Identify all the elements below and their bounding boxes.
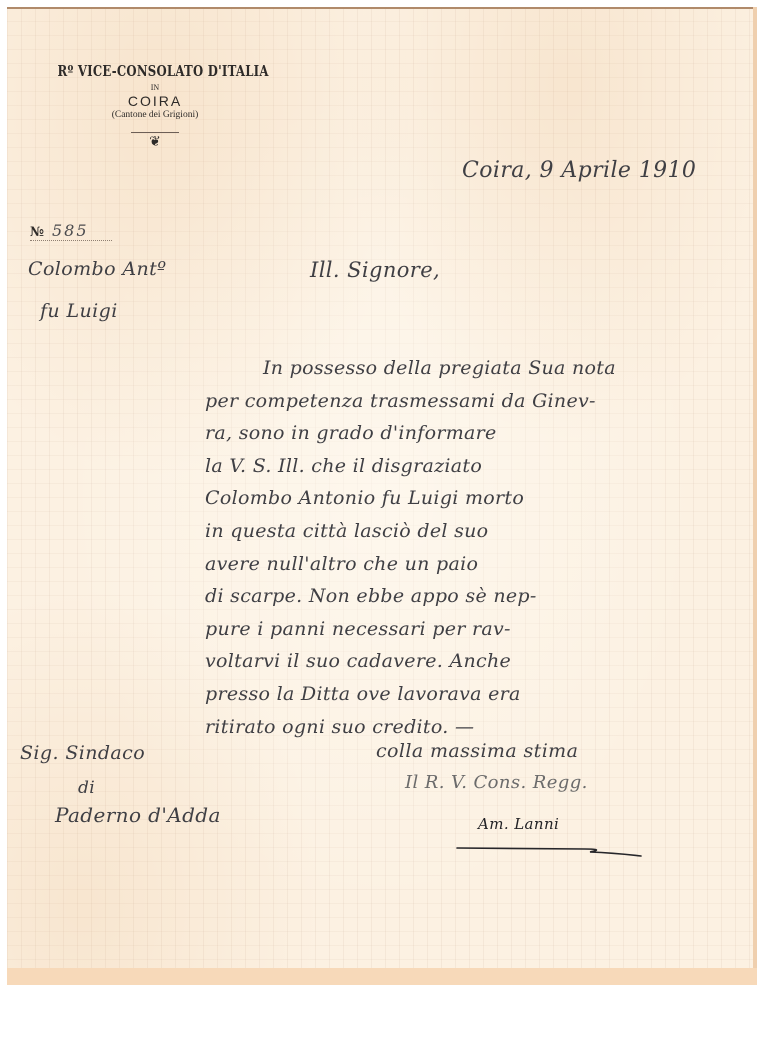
body-line: per competenza trasmessami da Ginev- bbox=[205, 385, 745, 418]
protocol-label: № bbox=[30, 225, 44, 240]
protocol-number: № 585 bbox=[30, 222, 112, 241]
letterhead-city: COIRA bbox=[30, 93, 280, 109]
body-line: voltarvi il suo cadavere. Anche bbox=[205, 645, 745, 678]
page-edge bbox=[753, 7, 757, 985]
letterhead: Rº VICE-CONSOLATO D'ITALIA IN COIRA (Can… bbox=[30, 62, 280, 149]
recipient-line-3: Paderno d'Adda bbox=[55, 803, 221, 827]
recipient-line-2: di bbox=[78, 778, 95, 798]
body-line: avere null'altro che un paio bbox=[205, 548, 745, 581]
protocol-value: 585 bbox=[52, 221, 89, 240]
letter-body: In possesso della pregiata Sua nota per … bbox=[205, 352, 745, 743]
letterhead-divider bbox=[131, 132, 179, 133]
signature-underline bbox=[455, 845, 643, 857]
body-line: ra, sono in grado d'informare bbox=[205, 417, 745, 450]
body-line: In possesso della pregiata Sua nota bbox=[205, 352, 745, 385]
body-line: la V. S. Ill. che il disgraziato bbox=[205, 450, 745, 483]
reference-line-2: fu Luigi bbox=[40, 300, 118, 322]
letterhead-in: IN bbox=[30, 83, 280, 92]
body-line: ritirato ogni suo credito. — bbox=[205, 711, 745, 744]
page-fold bbox=[7, 968, 757, 985]
letterhead-title: Rº VICE-CONSOLATO D'ITALIA bbox=[58, 62, 253, 80]
letterhead-canton: (Cantone dei Grigioni) bbox=[30, 110, 280, 120]
recipient-line-1: Sig. Sindaco bbox=[20, 742, 145, 764]
body-line: Colombo Antonio fu Luigi morto bbox=[205, 482, 745, 515]
body-line: di scarpe. Non ebbe appo sè nep- bbox=[205, 580, 745, 613]
body-line: pure i panni necessari per rav- bbox=[205, 613, 745, 646]
body-line: in questa città lasciò del suo bbox=[205, 515, 745, 548]
date-line: Coira, 9 Aprile 1910 bbox=[462, 158, 696, 183]
closing-line-2: Il R. V. Cons. Regg. bbox=[405, 772, 588, 793]
salutation: Ill. Signore, bbox=[310, 258, 440, 282]
ornament-icon: ❦ bbox=[30, 135, 280, 149]
closing-line-1: colla massima stima bbox=[376, 740, 578, 762]
signature: Am. Lanni bbox=[478, 815, 559, 833]
body-line: presso la Ditta ove lavorava era bbox=[205, 678, 745, 711]
reference-line-1: Colombo Antº bbox=[28, 258, 166, 280]
